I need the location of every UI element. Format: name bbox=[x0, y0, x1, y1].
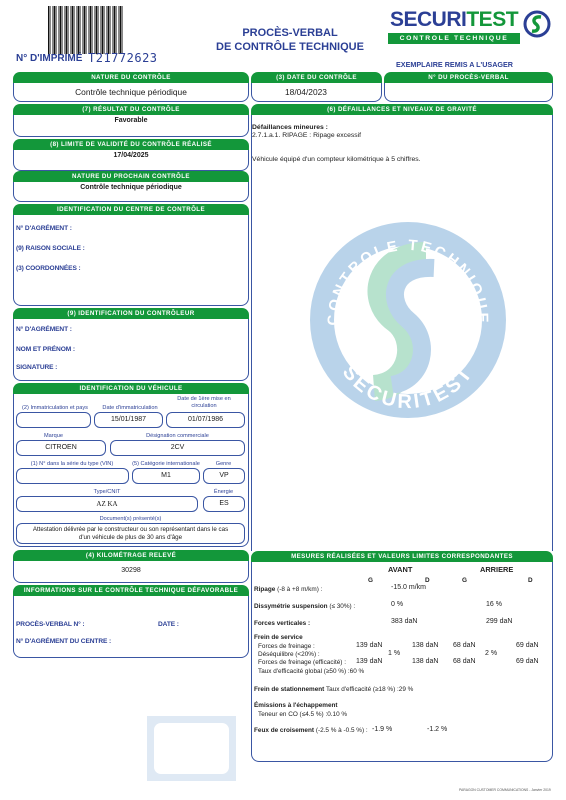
deseq-rear: 2 % bbox=[485, 650, 497, 657]
measures-header: MESURES RÉALISÉES ET VALEURS LIMITES COR… bbox=[251, 551, 553, 562]
energie-field: ES bbox=[203, 496, 245, 512]
dissym-rear: 16 % bbox=[486, 601, 502, 608]
controleur-header: (9) IDENTIFICATION DU CONTRÔLEUR bbox=[13, 308, 249, 319]
ff-arriere-g: 68 daN bbox=[453, 642, 476, 649]
defects-heading: Défaillances mineures : bbox=[252, 124, 328, 131]
nature-header: NATURE DU CONTRÔLE bbox=[13, 72, 249, 83]
controleur-signature-label: SIGNATURE : bbox=[16, 364, 57, 371]
footer-credit: PARAGON CUSTOMER COMMUNICATIONS - Janvie… bbox=[459, 788, 551, 792]
fv-front: 383 daN bbox=[391, 618, 417, 625]
stationnement-row: Frein de stationnement Taux d'efficacité… bbox=[254, 686, 413, 693]
vin-label: (1) N° dans la série du type (VIN) bbox=[14, 461, 130, 467]
immat-field bbox=[16, 412, 91, 428]
doc-title: PROCÈS-VERBAL DE CONTRÔLE TECHNIQUE bbox=[200, 26, 380, 54]
feux-limit: (-2.5 % à -0.5 %) : bbox=[316, 727, 368, 734]
unfavorable-pv-label: PROCÈS-VERBAL N° : bbox=[16, 621, 85, 628]
ffe-label: Forces de freinage (efficacité) : bbox=[258, 659, 346, 666]
avant-g: G bbox=[368, 577, 373, 584]
dissym-limit: (≤ 30%) : bbox=[329, 603, 355, 610]
fv-label: Forces verticales : bbox=[254, 620, 310, 627]
centre-header: IDENTIFICATION DU CENTRE DE CONTRÔLE bbox=[13, 204, 249, 215]
date-immat-field: 15/01/1987 bbox=[94, 412, 163, 428]
feux-label: Feux de croisement bbox=[254, 727, 314, 734]
ff-avant-d: 138 daN bbox=[412, 642, 438, 649]
result-header: (7) RÉSULTAT DU CONTRÔLE bbox=[13, 104, 249, 115]
ff-arriere-d: 69 daN bbox=[516, 642, 539, 649]
ff-label: Forces de freinage : bbox=[258, 643, 315, 650]
date-value: 18/04/2023 bbox=[285, 87, 327, 97]
centre-agrement-label: N° D'AGRÉMENT : bbox=[16, 225, 72, 232]
ffe-arriere-d: 69 daN bbox=[516, 658, 539, 665]
defects-header: (6) DÉFAILLANCES ET NIVEAUX DE GRAVITÉ bbox=[251, 104, 553, 115]
designation-label: Désignation commerciale bbox=[110, 433, 245, 439]
first-circ-label: Date de 1ère mise en circulation bbox=[174, 396, 234, 410]
immat-label: (2) Immatriculation et pays bbox=[14, 405, 96, 411]
ripage-label: Ripage bbox=[254, 586, 275, 593]
brand-securi: SECURI bbox=[390, 8, 466, 31]
categorie-label: (5) Catégorie internationale bbox=[130, 461, 202, 467]
stationnement-value: Taux d'efficacité (≥18 %) :29 % bbox=[326, 686, 413, 693]
defects-note: Véhicule équipé d'un compteur kilométriq… bbox=[252, 156, 421, 163]
avant-label: AVANT bbox=[388, 565, 412, 574]
co-value: Teneur en CO (≤4.5 %) :0.10 % bbox=[258, 711, 347, 718]
emissions-title: Émissions à l'échappement bbox=[254, 702, 338, 709]
vehicle-header: IDENTIFICATION DU VÉHICULE bbox=[13, 383, 249, 394]
ffe-arriere-g: 68 daN bbox=[453, 658, 476, 665]
stamp-area bbox=[147, 716, 236, 781]
arriere-d: D bbox=[528, 577, 533, 584]
vin-field bbox=[16, 468, 129, 484]
fv-rear: 299 daN bbox=[486, 618, 512, 625]
copy-note: EXEMPLAIRE REMIS A L'USAGER bbox=[396, 60, 513, 69]
type-label: Type/CNIT bbox=[16, 489, 198, 495]
unfavorable-agrement-label: N° D'AGRÉMENT DU CENTRE : bbox=[16, 638, 111, 645]
imprime-number: T21772623 bbox=[88, 51, 158, 65]
validity-value: 17/04/2025 bbox=[13, 152, 249, 159]
barcode bbox=[48, 6, 124, 54]
date-header: (3) DATE DU CONTRÔLE bbox=[251, 72, 382, 83]
type-field: AZ KA bbox=[16, 496, 198, 512]
genre-label: Genre bbox=[202, 461, 245, 467]
categorie-field: M1 bbox=[132, 468, 200, 484]
arriere-g: G bbox=[462, 577, 467, 584]
ripage-row: Ripage (-8 à +8 m/km) : bbox=[254, 586, 322, 593]
feux-row: Feux de croisement (-2.5 % à -0.5 %) : bbox=[254, 727, 368, 734]
energie-label: Énergie bbox=[202, 489, 245, 495]
ff-avant-g: 139 daN bbox=[356, 642, 382, 649]
next-control-value: Contrôle technique périodique bbox=[13, 184, 249, 191]
genre-field: VP bbox=[203, 468, 245, 484]
feux-right: -1.2 % bbox=[427, 726, 447, 733]
imprime-label: N° D'IMPRIMÉ bbox=[16, 53, 82, 64]
title-line-2: DE CONTRÔLE TECHNIQUE bbox=[200, 40, 380, 54]
taux-global: Taux d'efficacité global (≥50 %) :60 % bbox=[258, 668, 364, 675]
securitest-logo: SECURITEST CONTROLE TECHNIQUE bbox=[388, 8, 553, 52]
fs-title: Frein de service bbox=[254, 634, 303, 641]
date-immat-label: Date d'immatriculation bbox=[95, 405, 165, 411]
docs-label: Document(s) présenté(s) bbox=[16, 516, 245, 522]
km-value: 30298 bbox=[13, 567, 249, 574]
title-line-1: PROCÈS-VERBAL bbox=[200, 26, 380, 40]
ripage-limit: (-8 à +8 m/km) : bbox=[277, 586, 322, 593]
next-control-header: NATURE DU PROCHAIN CONTRÔLE bbox=[13, 171, 249, 182]
result-value: Favorable bbox=[13, 117, 249, 124]
avant-d: D bbox=[425, 577, 430, 584]
marque-field: CITROEN bbox=[16, 440, 106, 456]
deseq-front: 1 % bbox=[388, 650, 400, 657]
pv-number-header: N° DU PROCÈS-VERBAL bbox=[384, 72, 553, 83]
designation-field: 2CV bbox=[110, 440, 245, 456]
unfavorable-header: INFORMATIONS SUR LE CONTRÔLE TECHNIQUE D… bbox=[13, 585, 249, 596]
first-circ-field: 01/07/1986 bbox=[166, 412, 245, 428]
dissym-label: Dissymétrie suspension bbox=[254, 603, 328, 610]
controleur-agrement-label: N° D'AGRÉMENT : bbox=[16, 326, 72, 333]
dissym-row: Dissymétrie suspension (≤ 30%) : bbox=[254, 603, 355, 610]
controleur-nom-label: NOM ET PRÉNOM : bbox=[16, 346, 75, 353]
marque-label: Marque bbox=[16, 433, 91, 439]
pv-number-box bbox=[384, 83, 553, 102]
arriere-label: ARRIERE bbox=[480, 565, 513, 574]
docs-field: Attestation délivrée par le constructeur… bbox=[16, 523, 245, 544]
defects-item: 2.7.1.a.1. RIPAGE : Ripage excessif bbox=[252, 132, 361, 139]
nature-value: Contrôle technique périodique bbox=[13, 87, 249, 97]
ffe-avant-d: 138 daN bbox=[412, 658, 438, 665]
brand-test: TEST bbox=[466, 8, 518, 31]
km-header: (4) KILOMÉTRAGE RELEVÉ bbox=[13, 550, 249, 561]
centre-coord-label: (3) COORDONNÉES : bbox=[16, 265, 81, 272]
centre-raison-label: (9) RAISON SOCIALE : bbox=[16, 245, 85, 252]
stationnement-label: Frein de stationnement bbox=[254, 686, 324, 693]
securitest-s-logo-icon bbox=[523, 10, 551, 38]
ffe-avant-g: 139 daN bbox=[356, 658, 382, 665]
brand-subtitle: CONTROLE TECHNIQUE bbox=[388, 33, 520, 44]
securitest-watermark-icon: CONTROLE TECHNIQUE SECURITEST bbox=[308, 220, 508, 420]
unfavorable-date-label: DATE : bbox=[158, 621, 179, 628]
deseq-label: Déséquilibre (<20%) : bbox=[258, 651, 320, 658]
validity-header: (8) LIMITE DE VALIDITÉ DU CONTRÔLE RÉALI… bbox=[13, 139, 249, 150]
ripage-value: -15.0 m/km bbox=[391, 584, 426, 591]
dissym-front: 0 % bbox=[391, 601, 403, 608]
feux-left: -1.9 % bbox=[372, 726, 392, 733]
